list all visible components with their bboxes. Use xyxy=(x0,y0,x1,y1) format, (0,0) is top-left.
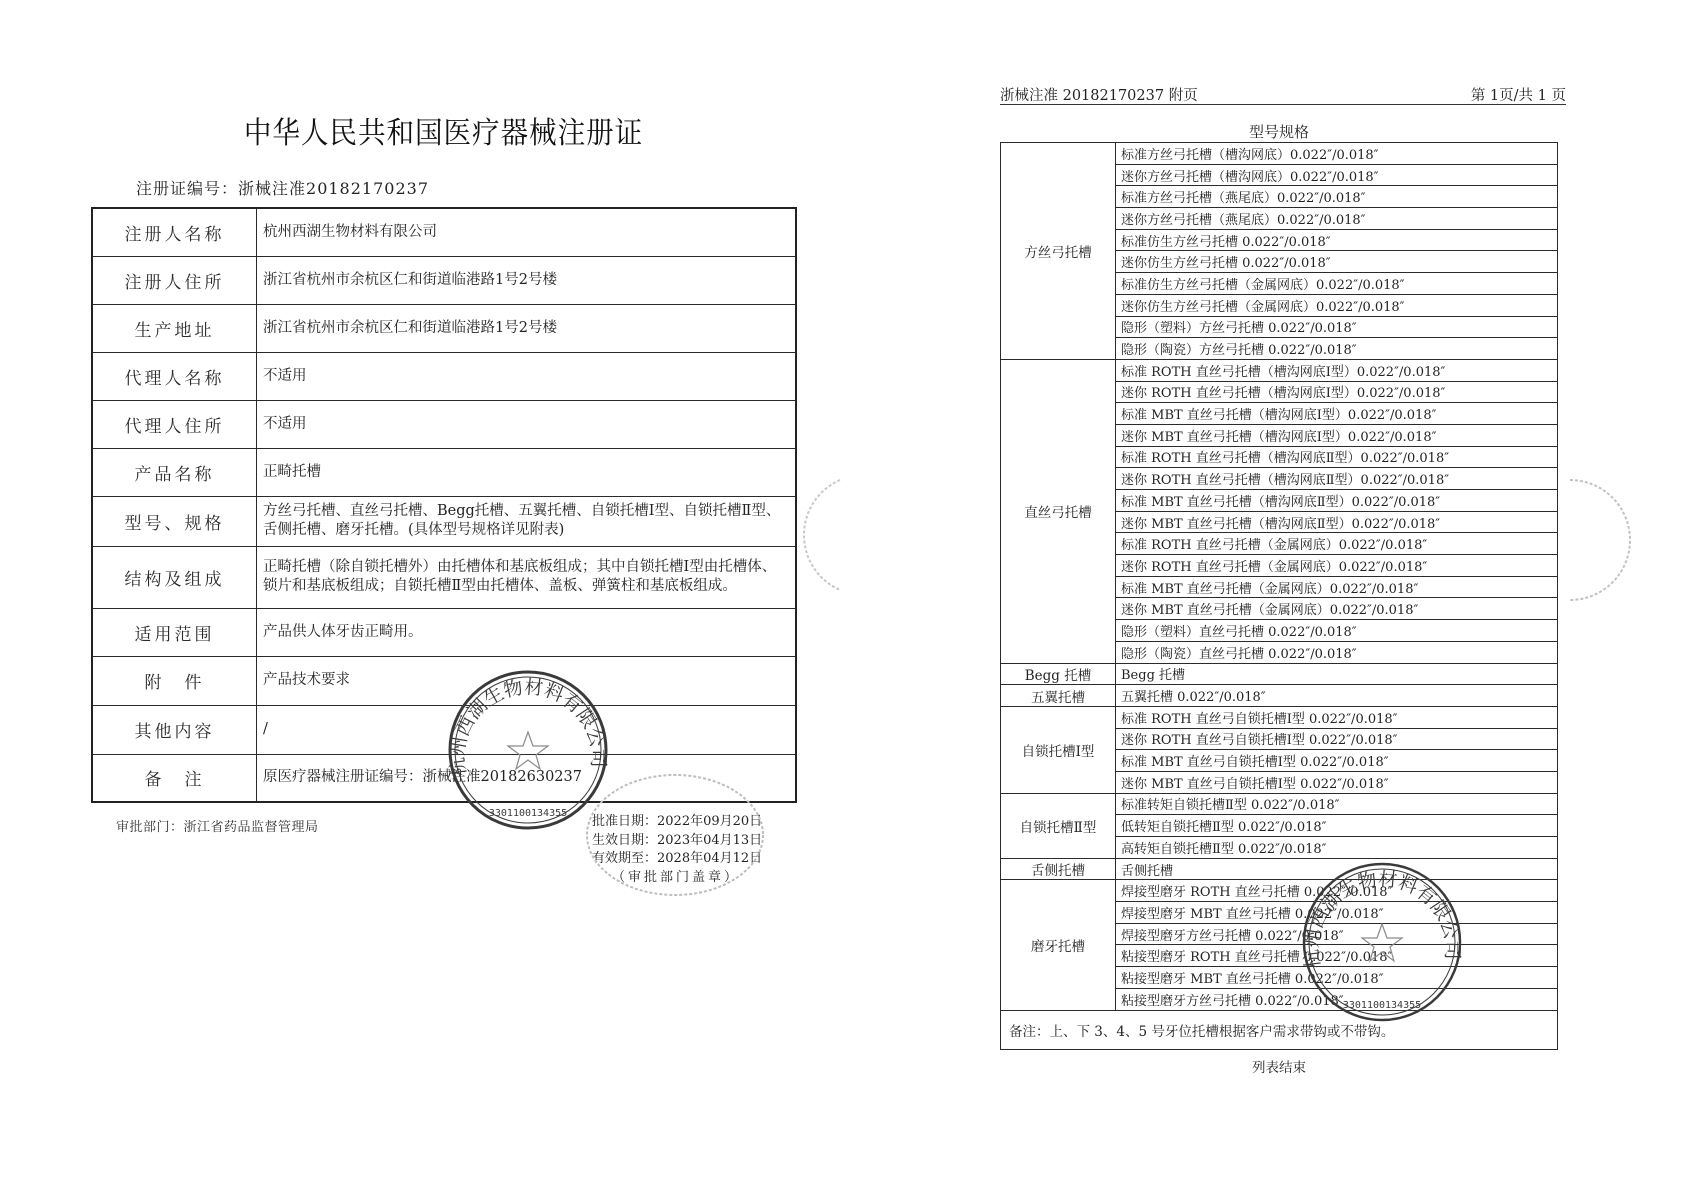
field-label: 生产地址 xyxy=(92,304,257,352)
spec-item: 迷你 MBT 直丝弓托槽（槽沟网底Ⅰ型）0.022″/0.018″ xyxy=(1116,424,1558,446)
field-value: 原医疗器械注册证编号：浙械注准20182630237 xyxy=(257,754,797,802)
certificate-row: 产品名称正畸托槽 xyxy=(92,448,796,496)
spec-item: 粘接型磨牙 ROTH 直丝弓托槽 0.022″/0.018″ xyxy=(1116,945,1558,967)
spec-item: 迷你 MBT 直丝弓自锁托槽Ⅰ型 0.022″/0.018″ xyxy=(1116,771,1558,793)
field-value: 杭州西湖生物材料有限公司 xyxy=(257,208,797,256)
field-label: 代理人住所 xyxy=(92,400,257,448)
field-value: 正畸托槽 xyxy=(257,448,797,496)
spec-item: 迷你 ROTH 直丝弓自锁托槽Ⅰ型 0.022″/0.018″ xyxy=(1116,728,1558,750)
registration-number: 注册证编号：浙械注准20182170237 xyxy=(136,176,429,199)
field-label: 产品名称 xyxy=(92,448,257,496)
certificate-row: 适用范围产品供人体牙齿正畸用。 xyxy=(92,608,796,656)
spec-item: 高转矩自锁托槽Ⅱ型 0.022″/0.018″ xyxy=(1116,837,1558,859)
spec-item: 迷你 MBT 直丝弓托槽（槽沟网底Ⅱ型）0.022″/0.018″ xyxy=(1116,511,1558,533)
spec-item: 粘接型磨牙方丝弓托槽 0.022″/0.018″ xyxy=(1116,988,1558,1010)
spec-row: 舌侧托槽舌侧托槽 xyxy=(1001,858,1558,880)
spec-category: 方丝弓托槽 xyxy=(1001,143,1116,360)
spec-row: Begg 托槽Begg 托槽 xyxy=(1001,663,1558,685)
spec-item: 标准方丝弓托槽（燕尾底）0.022″/0.018″ xyxy=(1116,186,1558,208)
spec-item: 标准 ROTH 直丝弓托槽（槽沟网底Ⅰ型）0.022″/0.018″ xyxy=(1116,359,1558,381)
spec-item: 标准 MBT 直丝弓托槽（槽沟网底Ⅱ型）0.022″/0.018″ xyxy=(1116,490,1558,512)
page-indicator: 第 1页/共 1 页 xyxy=(1471,84,1566,105)
spec-category: 五翼托槽 xyxy=(1001,685,1116,707)
spec-row: 磨牙托槽焊接型磨牙 ROTH 直丝弓托槽 0.022″/0.018″ xyxy=(1001,880,1558,902)
spec-item: 标准 ROTH 直丝弓托槽（槽沟网底Ⅱ型）0.022″/0.018″ xyxy=(1116,446,1558,468)
spec-item: 迷你仿生方丝弓托槽（金属网底）0.022″/0.018″ xyxy=(1116,294,1558,316)
field-label: 注册人名称 xyxy=(92,208,257,256)
spec-row: 方丝弓托槽标准方丝弓托槽（槽沟网底）0.022″/0.018″ xyxy=(1001,143,1558,165)
field-label: 其他内容 xyxy=(92,705,257,754)
certificate-title: 中华人民共和国医疗器械注册证 xyxy=(119,108,768,152)
field-value: 产品技术要求 xyxy=(257,656,797,705)
spec-item: 焊接型磨牙方丝弓托槽 0.022″/0.018″ xyxy=(1116,923,1558,945)
spec-category: 自锁托槽Ⅰ型 xyxy=(1001,706,1116,793)
field-label: 适用范围 xyxy=(92,608,257,656)
spec-item: 焊接型磨牙 ROTH 直丝弓托槽 0.022″/0.018″ xyxy=(1116,880,1558,902)
spec-item: 隐形（陶瓷）直丝弓托槽 0.022″/0.018″ xyxy=(1116,641,1558,663)
spec-note: 备注：上、下 3、4、5 号牙位托槽根据客户需求带钩或不带钩。 xyxy=(1001,1010,1558,1049)
spec-item: 隐形（陶瓷）方丝弓托槽 0.022″/0.018″ xyxy=(1116,338,1558,360)
field-value: 不适用 xyxy=(257,352,797,400)
spec-item: 迷你 MBT 直丝弓托槽（金属网底）0.022″/0.018″ xyxy=(1116,598,1558,620)
faint-seal-left-icon xyxy=(790,470,850,600)
spec-item: 标准仿生方丝弓托槽 0.022″/0.018″ xyxy=(1116,229,1558,251)
spec-note-row: 备注：上、下 3、4、5 号牙位托槽根据客户需求带钩或不带钩。 xyxy=(1001,1010,1558,1049)
spec-category: Begg 托槽 xyxy=(1001,663,1116,685)
spec-item: 迷你方丝弓托槽（槽沟网底）0.022″/0.018″ xyxy=(1116,164,1558,186)
spec-table-title: 型号规格 xyxy=(1000,121,1558,142)
field-value: 正畸托槽（除自锁托槽外）由托槽体和基底板组成；其中自锁托槽Ⅰ型由托槽体、锁片和基… xyxy=(257,546,797,608)
certificate-row: 注册人住所浙江省杭州市余杭区仁和街道临港路1号2号楼 xyxy=(92,256,796,304)
faint-seal-icon xyxy=(1560,470,1640,610)
field-value: 方丝弓托槽、直丝弓托槽、Begg托槽、五翼托槽、自锁托槽Ⅰ型、自锁托槽Ⅱ型、舌侧… xyxy=(257,496,797,546)
spec-item: 迷你 ROTH 直丝弓托槽（槽沟网底Ⅰ型）0.022″/0.018″ xyxy=(1116,381,1558,403)
spec-item: 隐形（塑料）方丝弓托槽 0.022″/0.018″ xyxy=(1116,316,1558,338)
attachment-header-left: 浙械注准 20182170237 附页 xyxy=(1000,84,1198,105)
spec-item: 迷你方丝弓托槽（燕尾底）0.022″/0.018″ xyxy=(1116,208,1558,230)
spec-item: 标准方丝弓托槽（槽沟网底）0.022″/0.018″ xyxy=(1116,143,1558,165)
spec-item: 五翼托槽 0.022″/0.018″ xyxy=(1116,685,1558,707)
approval-dates: 批准日期：2022年09月20日 生效日期：2023年04月13日 有效期至：2… xyxy=(592,813,762,887)
spec-category: 自锁托槽Ⅱ型 xyxy=(1001,793,1116,858)
spec-item: 标准 ROTH 直丝弓自锁托槽Ⅰ型 0.022″/0.018″ xyxy=(1116,706,1558,728)
field-value: / xyxy=(257,705,797,754)
spec-item: 标准 MBT 直丝弓自锁托槽Ⅰ型 0.022″/0.018″ xyxy=(1116,750,1558,772)
spec-item: 标准仿生方丝弓托槽（金属网底）0.022″/0.018″ xyxy=(1116,273,1558,295)
certificate-row: 代理人名称不适用 xyxy=(92,352,796,400)
attachment-header: 浙械注准 20182170237 附页 第 1页/共 1 页 xyxy=(1000,82,1566,105)
certificate-row: 其他内容/ xyxy=(92,705,796,754)
spec-category: 磨牙托槽 xyxy=(1001,880,1116,1010)
seal-note: （审批部门盖章） xyxy=(592,869,762,888)
field-label: 注册人住所 xyxy=(92,256,257,304)
spec-item: 迷你 ROTH 直丝弓托槽（槽沟网底Ⅱ型）0.022″/0.018″ xyxy=(1116,468,1558,490)
spec-item: Begg 托槽 xyxy=(1116,663,1558,685)
svg-text:3301100134355: 3301100134355 xyxy=(489,808,567,819)
field-value: 不适用 xyxy=(257,400,797,448)
spec-table: 方丝弓托槽标准方丝弓托槽（槽沟网底）0.022″/0.018″迷你方丝弓托槽（槽… xyxy=(1000,142,1558,1050)
field-label: 型号、规格 xyxy=(92,496,257,546)
spec-item: 标准 ROTH 直丝弓托槽（金属网底）0.022″/0.018″ xyxy=(1116,533,1558,555)
approval-department: 审批部门：浙江省药品监督管理局 xyxy=(116,816,319,835)
field-value: 浙江省杭州市余杭区仁和街道临港路1号2号楼 xyxy=(257,256,797,304)
certificate-row: 生产地址浙江省杭州市余杭区仁和街道临港路1号2号楼 xyxy=(92,304,796,352)
spec-row: 自锁托槽Ⅰ型标准 ROTH 直丝弓自锁托槽Ⅰ型 0.022″/0.018″ xyxy=(1001,706,1558,728)
field-label: 代理人名称 xyxy=(92,352,257,400)
certificate-row: 附 件产品技术要求 xyxy=(92,656,796,705)
spec-item: 舌侧托槽 xyxy=(1116,858,1558,880)
certificate-row: 备 注原医疗器械注册证编号：浙械注准20182630237 xyxy=(92,754,796,802)
approval-date: 批准日期：2022年09月20日 xyxy=(592,813,762,832)
spec-item: 迷你 ROTH 直丝弓托槽（金属网底）0.022″/0.018″ xyxy=(1116,555,1558,577)
spec-item: 焊接型磨牙 MBT 直丝弓托槽 0.022″/0.018″ xyxy=(1116,902,1558,924)
spec-category: 舌侧托槽 xyxy=(1001,858,1116,880)
spec-item: 标准 MBT 直丝弓托槽（金属网底）0.022″/0.018″ xyxy=(1116,576,1558,598)
registration-number-value: 浙械注准20182170237 xyxy=(238,179,429,198)
field-label: 附 件 xyxy=(92,656,257,705)
certificate-row: 注册人名称杭州西湖生物材料有限公司 xyxy=(92,208,796,256)
registration-number-label: 注册证编号： xyxy=(136,179,238,198)
effective-date: 生效日期：2023年04月13日 xyxy=(592,832,762,851)
certificate-row: 型号、规格方丝弓托槽、直丝弓托槽、Begg托槽、五翼托槽、自锁托槽Ⅰ型、自锁托槽… xyxy=(92,496,796,546)
expiry-date: 有效期至：2028年04月12日 xyxy=(592,850,762,869)
spec-category: 直丝弓托槽 xyxy=(1001,359,1116,663)
spec-row: 直丝弓托槽标准 ROTH 直丝弓托槽（槽沟网底Ⅰ型）0.022″/0.018″ xyxy=(1001,359,1558,381)
spec-item: 标准转矩自锁托槽Ⅱ型 0.022″/0.018″ xyxy=(1116,793,1558,815)
field-label: 结构及组成 xyxy=(92,546,257,608)
spec-item: 粘接型磨牙 MBT 直丝弓托槽 0.022″/0.018″ xyxy=(1116,967,1558,989)
spec-item: 标准 MBT 直丝弓托槽（槽沟网底Ⅰ型）0.022″/0.018″ xyxy=(1116,403,1558,425)
spec-row: 五翼托槽五翼托槽 0.022″/0.018″ xyxy=(1001,685,1558,707)
spec-item: 迷你仿生方丝弓托槽 0.022″/0.018″ xyxy=(1116,251,1558,273)
spec-row: 自锁托槽Ⅱ型标准转矩自锁托槽Ⅱ型 0.022″/0.018″ xyxy=(1001,793,1558,815)
certificate-row: 结构及组成正畸托槽（除自锁托槽外）由托槽体和基底板组成；其中自锁托槽Ⅰ型由托槽体… xyxy=(92,546,796,608)
field-label: 备 注 xyxy=(92,754,257,802)
spec-item: 低转矩自锁托槽Ⅱ型 0.022″/0.018″ xyxy=(1116,815,1558,837)
spec-item: 隐形（塑料）直丝弓托槽 0.022″/0.018″ xyxy=(1116,620,1558,642)
field-value: 产品供人体牙齿正畸用。 xyxy=(257,608,797,656)
certificate-row: 代理人住所不适用 xyxy=(92,400,796,448)
certificate-table: 注册人名称杭州西湖生物材料有限公司注册人住所浙江省杭州市余杭区仁和街道临港路1号… xyxy=(91,207,797,803)
field-value: 浙江省杭州市余杭区仁和街道临港路1号2号楼 xyxy=(257,304,797,352)
list-end-text: 列表结束 xyxy=(1000,1056,1558,1076)
